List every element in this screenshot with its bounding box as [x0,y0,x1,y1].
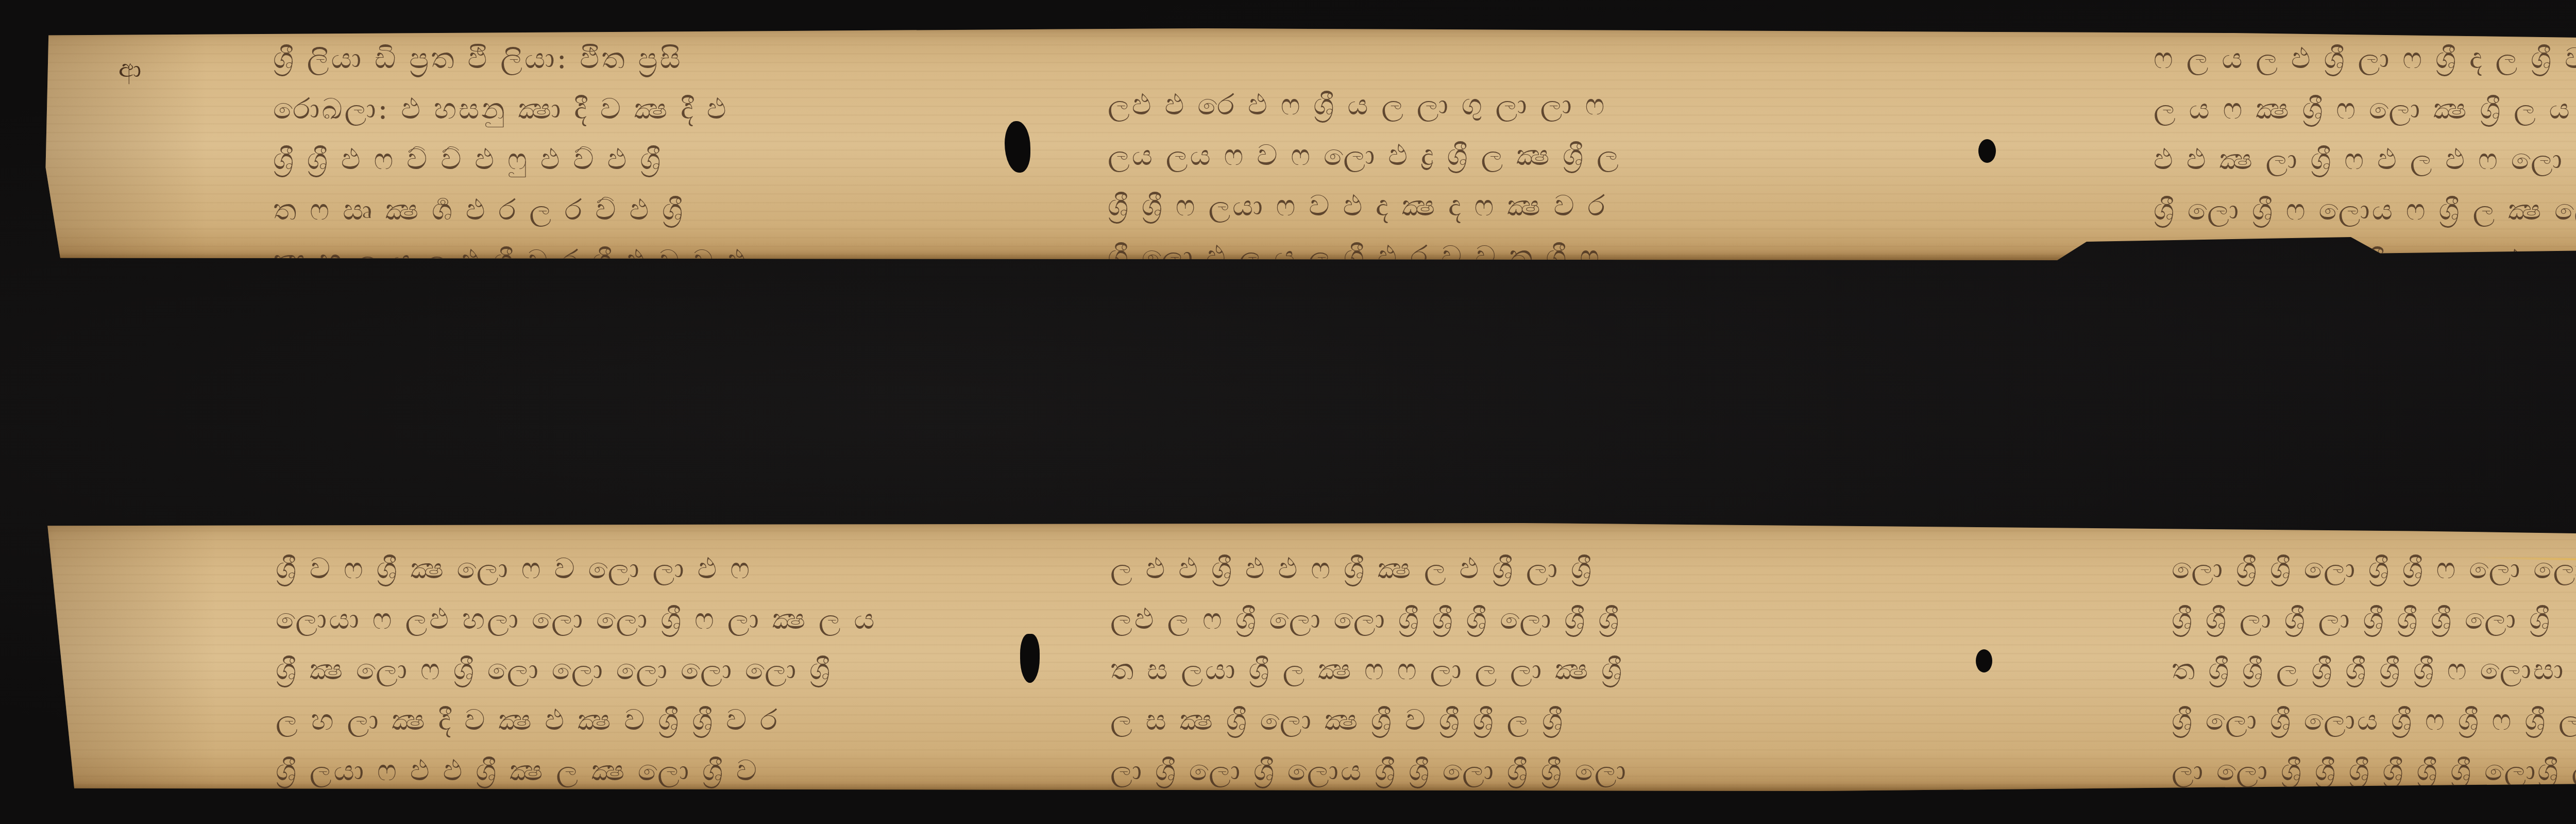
palm-leaf-folio-bottom: ශ්‍රී ව ෆ ශ්‍රී ක්‍ෂ ලො ෆ ව ලො ලා ඵ ෆ ලො… [39,523,2576,791]
script-line: ල හ ලා ක්‍ෂ දී ව ක්‍ෂ ඵ ක්‍ෂ ව ශ්‍රී ශ්‍… [276,695,1079,746]
script-line: ලය ලය ෆ ව ෆ ලො ඵ ද්‍ර ශ්‍රී ල ක්‍ෂ ශ්‍රී… [1108,130,2087,181]
string-hole [1976,649,1992,672]
script-line: ශ්‍රී ලයා ෆ ඵ ඵ ශ්‍රී ක්‍ෂ ල ක්‍ෂ ලො ශ්‍… [276,746,1079,791]
script-line: ලොයා ෆ ලඵ හලා ලො ලො ශ්‍රී ෆ ලා ක්‍ෂ ල ය [276,594,1079,645]
script-line: ලා ශ්‍රී ලො ශ්‍රී ලොය ශ්‍රී ශ්‍රී ලො ශ්‍… [1110,746,2089,791]
script-line: ශ්‍රී ලියා ඩි ප්‍රත ඵි ලියා: ඵිත ප්‍රසි [273,33,1077,84]
text-column-middle: ල ඵ ඵ ශ්‍රී ඵ ඵ ෆ ශ්‍රී ක්‍ෂ ල ඵ ශ්‍රී ල… [1110,544,2089,791]
script-line: ත ෆ ඍ ක්‍ෂ ර්‍ශ ඵ ර ල ර ව් ඵ ශ්‍රී [273,185,1077,236]
script-line: ශ්‍රී ක්‍ෂ ලො ෆ ශ්‍රී ලො ලො ලො ලො ලො ශ්‍… [276,645,1079,695]
script-line: ශ්‍රී ව ෆ ශ්‍රී ක්‍ෂ ලො ෆ ව ලො ලා ඵ ෆ [276,544,1079,594]
script-line: ශ්‍රී ශ්‍රී ෆ ලයා ෆ ව ඵ ද ක්‍ෂ ද ෆ ක්‍ෂ … [1108,181,2087,231]
text-column-right: ලො ශ්‍රී ශ්‍රී ලො ශ්‍රී ශ්‍රී ෆ ලො ලො ලො… [2172,544,2576,791]
text-column-right: ෆ ල ය ල ඵ ශ්‍රී ලා ෆ ශ්‍රී ද ල ශ්‍රී ව ල… [2154,33,2576,260]
script-line: ලා ලො ශ්‍රී ශ්‍රී ශ්‍රී ශ්‍රී ශ්‍රී ශ්‍ර… [2172,746,2576,791]
text-column-left: ශ්‍රී ව ෆ ශ්‍රී ක්‍ෂ ලො ෆ ව ලො ලා ඵ ෆ ලො… [276,544,1079,791]
script-line: ල ඵ ඵ ශ්‍රී ඵ ඵ ෆ ශ්‍රී ක්‍ෂ ල ඵ ශ්‍රී ල… [1110,544,2089,594]
folio-number-mark: ආ [118,54,141,83]
script-line: ක්‍ෂ හ ල ය ල ඵ ශ්‍රී ව ර ශ්‍රී ඵ ව ව ඵ [273,236,1077,260]
text-column-middle: ලඵ ඵ රෙ ඵ ෆ ශ්‍රී ය ල ලා ගු ලා ලා ෆ ලය ල… [1108,80,2087,260]
script-line: ලඵ ල ෆ ශ්‍රී ලො ලො ශ්‍රී ශ්‍රී ශ්‍රී ලො … [1110,594,2089,645]
script-line: ත ශ්‍රී ශ්‍රී ල ශ්‍රී ශ්‍රී ශ්‍රී ශ්‍රී … [2172,645,2576,695]
script-line: ල ය ෆ ක්‍ෂ ශ්‍රී ෆ ලො ක්‍ෂ ශ්‍රී ල ය ල ෆ [2154,84,2576,134]
script-line: ශ්‍රී ශ්‍රී ඵ ෆ ව් ව් ඵ ෆු ඵ ව් ඵ ශ්‍රී [273,134,1077,185]
string-hole [1978,139,1996,163]
script-line: ශ්‍රී ශ්‍රී ලා ශ්‍රී ලා ශ්‍රී ශ්‍රී ශ්‍ර… [2172,594,2576,645]
script-line: ල ස ක්‍ෂ ශ්‍රී ලො ක්‍ෂ ශ්‍රී ව ශ්‍රී ශ්‍… [1110,695,2089,746]
script-line: ශ්‍රී ලො ශ්‍රී ෆ ලොය ෆ ශ්‍රී ල ක්‍ෂ ලො ෆ [2154,185,2576,236]
script-line: ලො ශ්‍රී ශ්‍රී ලො ශ්‍රී ශ්‍රී ෆ ලො ලො ලො… [2172,544,2576,594]
script-line: ශ්‍රී ලො ඵ ල ය ල ශ්‍රී ඵ ර ව ව ක ශ්‍රී ෆ [1108,231,2087,260]
script-line: ලඵ ඵ රෙ ඵ ෆ ශ්‍රී ය ල ලා ගු ලා ලා ෆ [1108,80,2087,130]
script-line: රොඛලා: ඵ හසනු ක්‍ෂා දී ව ක්‍ෂ දී ඵ [273,84,1077,134]
script-line: ෆ ල ය ල ඵ ශ්‍රී ලා ෆ ශ්‍රී ද ල ශ්‍රී ව [2154,33,2576,84]
script-line: ශ්‍රී ලො ශ්‍රී ලොය ශ්‍රී ෆ ශ්‍රී ෆ ශ්‍රී… [2172,695,2576,746]
palm-leaf-folio-top: ආ ශ්‍රී ලියා ඩි ප්‍රත ඵි ලියා: ඵිත ප්‍රස… [31,28,2576,260]
text-column-left: ශ්‍රී ලියා ඩි ප්‍රත ඵි ලියා: ඵිත ප්‍රසි … [273,33,1077,260]
script-line: ත ස ලයා ශ්‍රී ල ක්‍ෂ ෆ ෆ ලා ල ලා ක්‍ෂ ශ්… [1110,645,2089,695]
string-hole [1020,634,1040,683]
script-line: ඵ ඵ ක්‍ෂ ලා ශ්‍රී ෆ ඵ ල ඵ ෆ ලො ය ද [2154,134,2576,185]
